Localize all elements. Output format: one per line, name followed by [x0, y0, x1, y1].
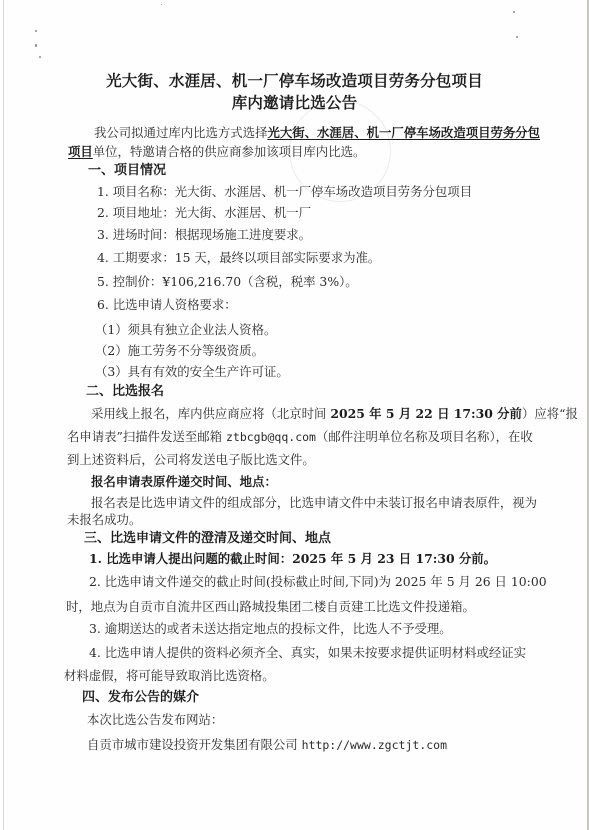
section3-item1: 1. 比选申请人提出问题的截止时间：2025 年 5 月 23 日 17:30 … [89, 551, 496, 567]
intro-paragraph-line1: 我公司拟通过库内比选方式选择光大街、水涯居、机一厂停车场改造项目劳务分包 [94, 125, 540, 141]
intro-suffix: 单位，特邀请合格的供应商参加该项目库内比选。 [93, 144, 366, 159]
section2-subheading: 报名申请表原件递交时间、地点： [91, 474, 277, 490]
scan-speck [516, 36, 518, 38]
registration-text: ）应将“报 [522, 406, 578, 421]
intro-project-name: 光大街、水涯居、机一厂停车场改造项目劳务分包 [267, 125, 540, 140]
scan-speck [513, 11, 515, 13]
scan-speck [35, 44, 37, 47]
scan-speck [35, 30, 37, 32]
registration-text: 采用线上报名，库内供应商应将（北京时间 [91, 406, 330, 421]
section3-item4-line1: 4. 比选申请人提供的资料必须齐全、真实，如果未按要求提供证明材料或经证实 [89, 645, 526, 661]
section1-item: 5. 控制价：¥106,216.70（含税，税率 3%）。 [97, 274, 358, 290]
registration-email: ztbcgb@qq.com [226, 430, 316, 444]
publisher-url-link[interactable]: http://www.zgctjt.com [302, 738, 447, 752]
section2-heading: 二、比选报名 [86, 384, 164, 400]
section2-paragraph2-line2: 未报名成功。 [67, 512, 141, 528]
section1-item: 2. 项目地址：光大街、水涯居、机一厂 [97, 205, 311, 221]
section1-item: 3. 进场时间：根据现场施工进度要求。 [97, 227, 311, 243]
document-title-line2: 库内邀请比选公告 [0, 91, 589, 113]
qualification-item: （1）须具有独立企业法人资格。 [95, 322, 276, 338]
section3-item3: 3. 逾期送达的或者未送达指定地点的投标文件，比选人不予受理。 [89, 621, 452, 637]
publisher-company: 自贡市城市建设投资开发集团有限公司 [87, 737, 302, 752]
scan-speck [39, 56, 41, 58]
section3-heading: 三、比选申请文件的澄清及递交时间、地点 [84, 531, 331, 547]
intro-project-name-cont: 项目 [68, 144, 93, 159]
section1-item: 4. 工期要求：15 天，最终以项目部实际要求为准。 [97, 250, 380, 266]
registration-deadline: 2025 年 5 月 22 日 17:30 分前 [330, 406, 522, 421]
section4-line1: 本次比选公告发布网站： [87, 712, 223, 728]
section3-item4-line2: 材料虚假，将可能导致取消比选资格。 [64, 668, 275, 684]
section3-item2-line1: 2. 比选申请文件递交的截止时间(投标截止时间,下同)为 2025 年 5 月 … [89, 574, 547, 590]
section1-item: 6. 比选申请人资格要求： [97, 297, 237, 313]
section2-paragraph2-line1: 报名表是比选申请文件的组成部分，比选申请文件中未装订报名申请表原件，视为 [91, 495, 537, 511]
section4-website-line: 自贡市城市建设投资开发集团有限公司 http://www.zgctjt.com [87, 737, 447, 753]
section2-paragraph-line1: 采用线上报名，库内供应商应将（北京时间 2025 年 5 月 22 日 17:3… [91, 406, 578, 422]
document-title-line1: 光大街、水涯居、机一厂停车场改造项目劳务分包项目 [0, 69, 589, 91]
section3-item2-line2: 时，地点为自贡市自流井区西山路城投集团二楼自贡建工比选文件投递箱。 [66, 599, 475, 615]
intro-prefix: 我公司拟通过库内比选方式选择 [94, 125, 267, 140]
intro-paragraph-line2: 项目单位，特邀请合格的供应商参加该项目库内比选。 [68, 144, 365, 160]
section2-paragraph-line3: 到上述资料后，公司将发送电子版比选文件。 [67, 452, 315, 468]
section2-paragraph-line2: 名申请表”扫描件发送至邮箱 ztbcgb@qq.com（邮件注明单位名称及项目名… [67, 429, 533, 445]
section1-item: 1. 项目名称：光大街、水涯居、机一厂停车场改造项目劳务分包项目 [97, 184, 472, 200]
scan-speck [161, 4, 162, 5]
qualification-item: （3）具有有效的安全生产许可证。 [95, 364, 289, 380]
qualification-item: （2）施工劳务不分等级资质。 [95, 343, 264, 359]
registration-text: 名申请表”扫描件发送至邮箱 [67, 429, 226, 444]
section1-heading: 一、项目情况 [88, 163, 166, 179]
section4-heading: 四、发布公告的媒介 [82, 690, 199, 706]
registration-text: （邮件注明单位名称及项目名称），在收 [316, 429, 533, 444]
